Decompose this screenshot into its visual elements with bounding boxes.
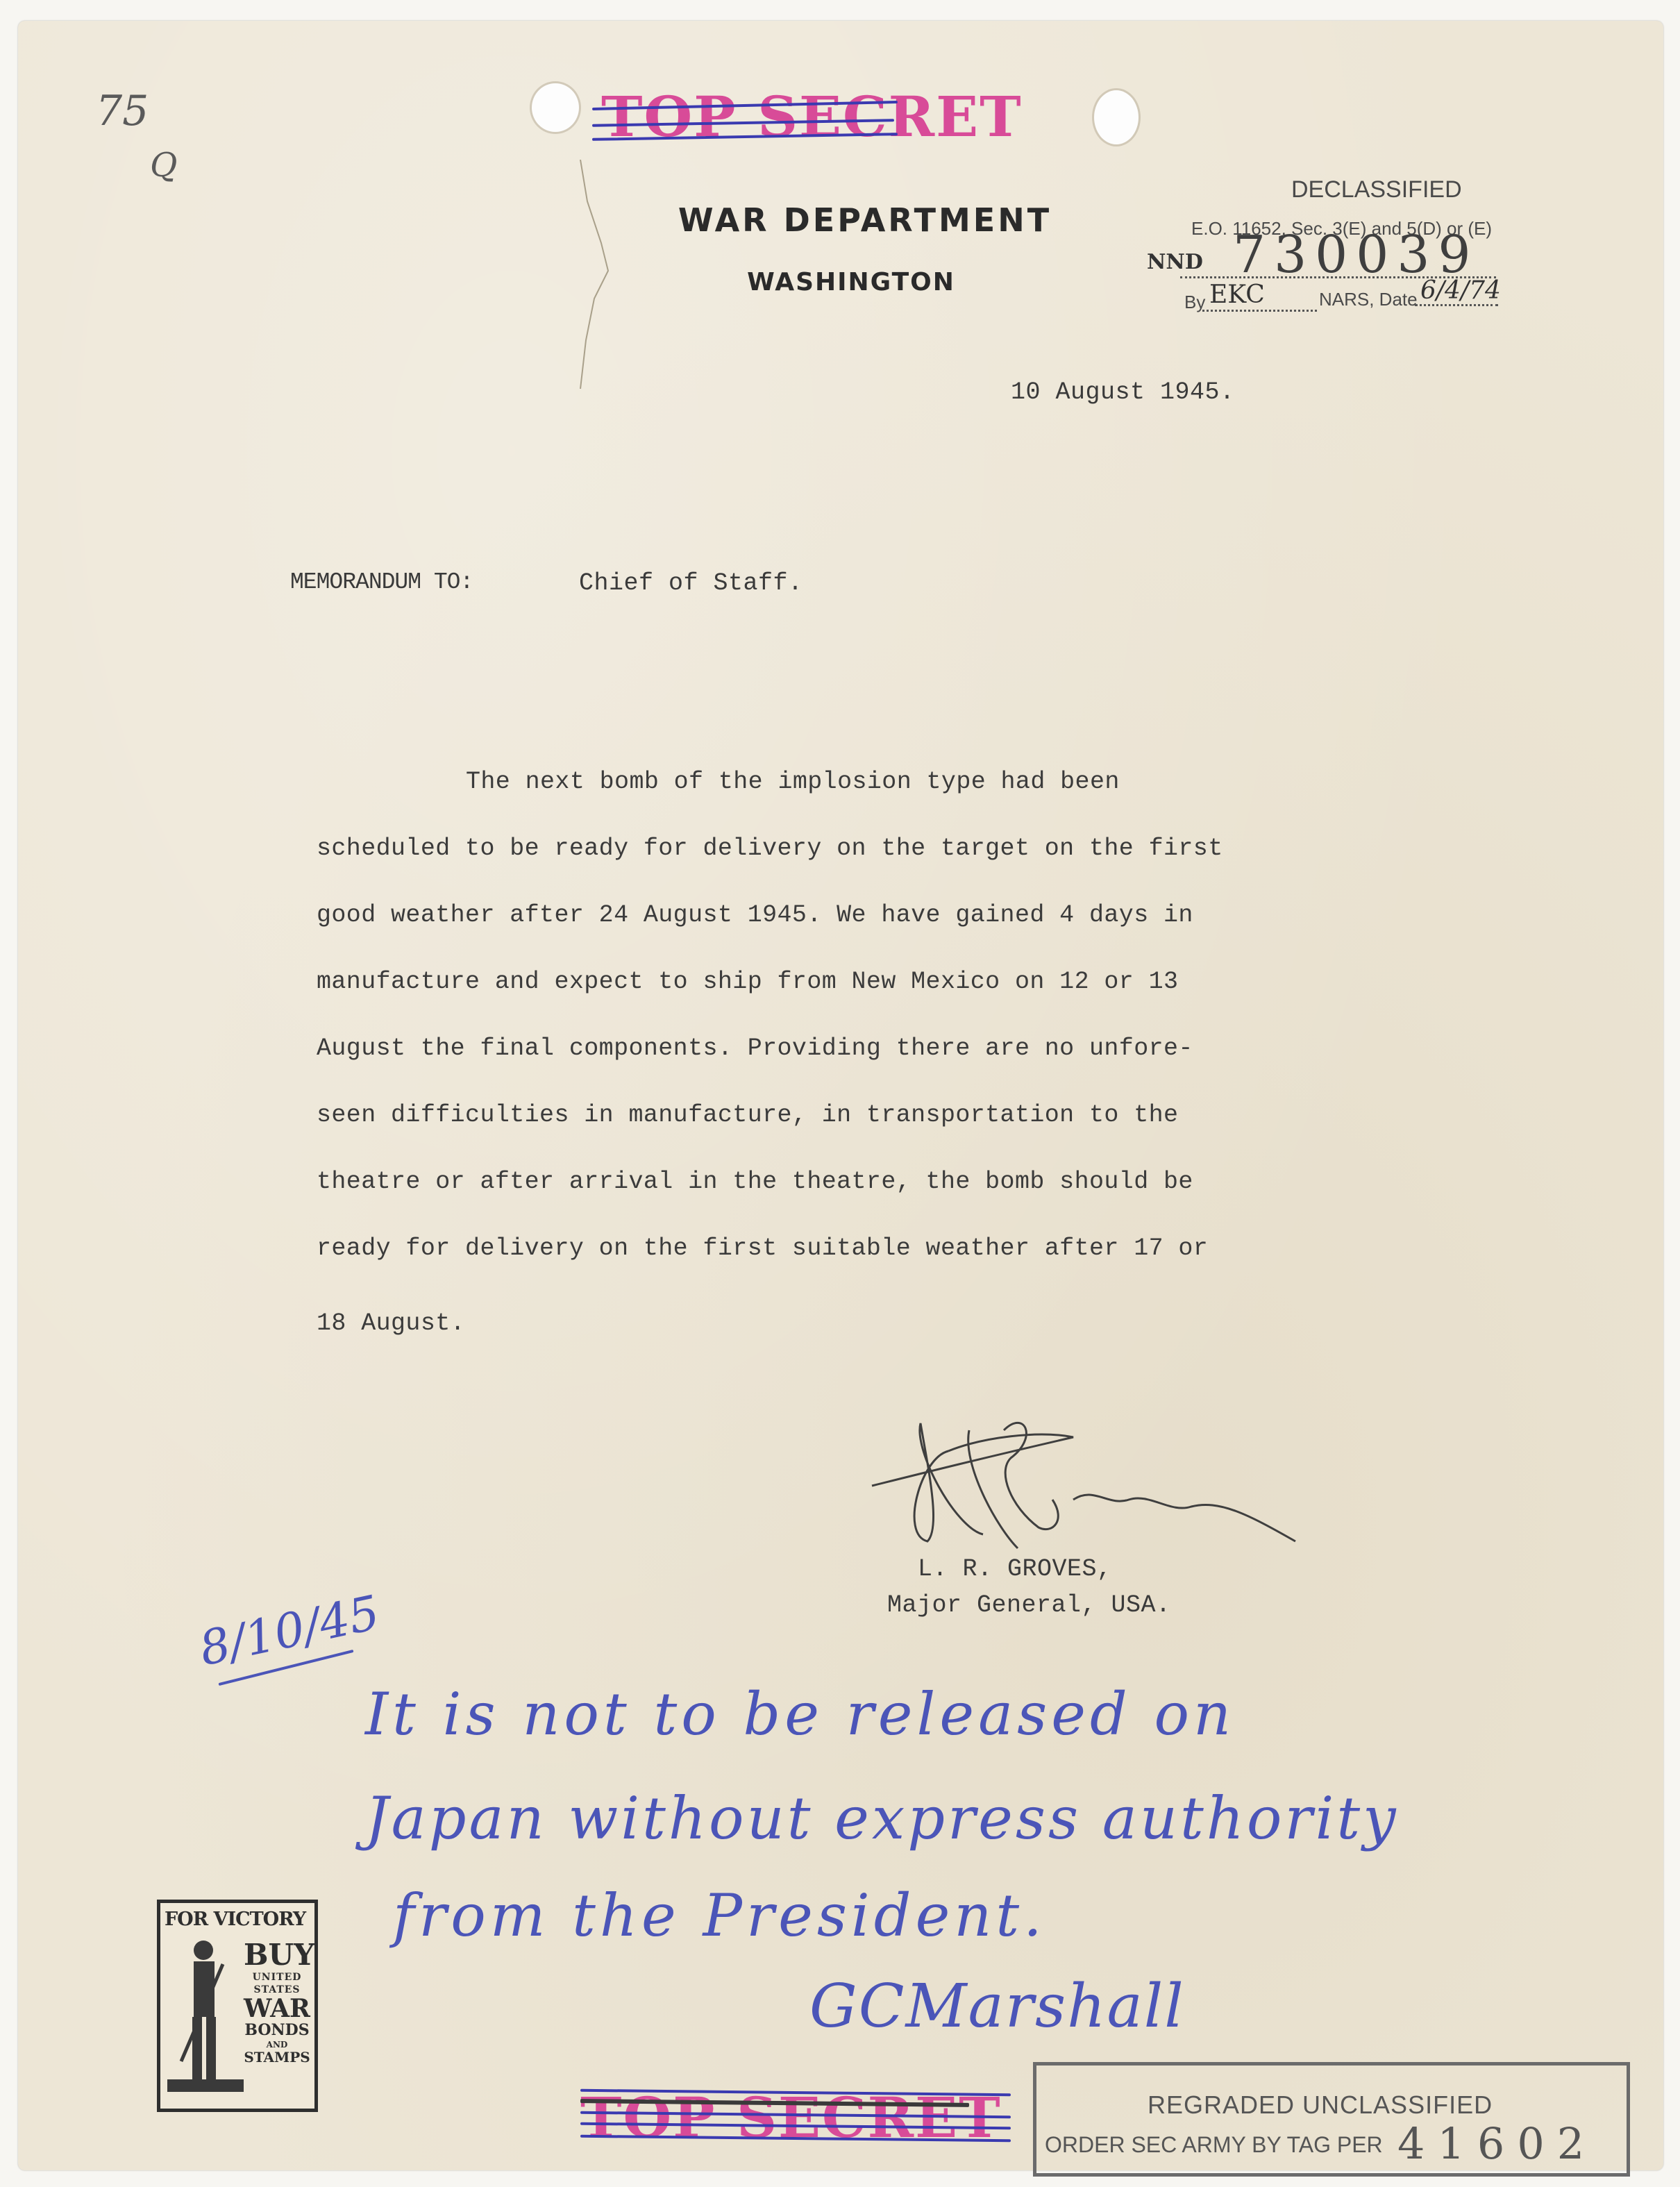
- signer-name: L. R. GROVES,: [918, 1555, 1112, 1583]
- pencil-number: 75: [96, 87, 149, 135]
- memo-date: 10 August 1945.: [1011, 378, 1235, 406]
- body-line: seen difficulties in manufacture, in tra…: [317, 1101, 1178, 1129]
- war-bond-line: UNITED: [244, 1972, 310, 1982]
- handwritten-note-line: from the President.: [393, 1882, 1046, 1950]
- regraded-unclassified-stamp: REGRADED UNCLASSIFIED ORDER SEC ARMY BY …: [1033, 2062, 1630, 2177]
- memo-to-recipient: Chief of Staff.: [579, 569, 803, 597]
- regraded-line1: REGRADED UNCLASSIFIED: [1148, 2090, 1493, 2120]
- war-bond-line: BUY: [244, 1941, 310, 1970]
- war-bond-line: BONDS: [244, 2022, 310, 2038]
- body-line: ready for delivery on the first suitable…: [317, 1234, 1208, 1262]
- war-bond-header: FOR VICTORY: [165, 1909, 305, 1930]
- letterhead-city: WASHINGTON: [678, 268, 1025, 296]
- body-line: good weather after 24 August 1945. We ha…: [317, 901, 1193, 929]
- war-bonds-stamp: FOR VICTORY BUY UNITED STATES WAR BONDS …: [157, 1900, 318, 2112]
- by-initials: EKC: [1209, 280, 1265, 309]
- paper-tear: [573, 160, 615, 389]
- war-bond-text: BUY UNITED STATES WAR BONDS AND STAMPS: [244, 1931, 310, 2064]
- nars-date-label: NARS, Date: [1319, 289, 1418, 310]
- body-line: The next bomb of the implosion type had …: [466, 768, 1120, 796]
- declassified-title: DECLASSIFIED: [1291, 176, 1462, 203]
- dotted-line: [1202, 310, 1317, 312]
- memo-page: 75 Q TOP SECRET WAR DEPARTMENT WASHINGTO…: [18, 21, 1663, 2170]
- body-line: August the final components. Providing t…: [317, 1034, 1193, 1062]
- pencil-letter: Q: [150, 146, 177, 185]
- groves-signature: [844, 1409, 1372, 1555]
- declassified-stamp: DECLASSIFIED E.O. 11652, Sec. 3(E) and 5…: [1157, 167, 1573, 319]
- nnd-prefix: NND: [1147, 250, 1203, 274]
- body-line: 18 August.: [317, 1309, 465, 1337]
- punch-hole-left: [532, 83, 579, 132]
- marshall-signature: GCMarshall: [809, 1972, 1185, 2041]
- regraded-line2-label: ORDER SEC ARMY BY TAG PER: [1045, 2132, 1383, 2158]
- regraded-tag-number: 41602: [1397, 2118, 1597, 2169]
- handwritten-note-line: Japan without express authority: [365, 1784, 1399, 1852]
- dotted-line: [1415, 304, 1498, 306]
- handwritten-note-line: It is not to be released on: [365, 1680, 1235, 1748]
- memo-to-label: MEMORANDUM TO:: [290, 569, 473, 595]
- body-line: scheduled to be ready for delivery on th…: [317, 835, 1223, 862]
- war-bond-line: STAMPS: [244, 2050, 310, 2064]
- signer-title: Major General, USA.: [887, 1591, 1171, 1619]
- war-bond-line: AND: [244, 2041, 310, 2049]
- handwritten-date: 8/10/45: [195, 1586, 385, 1677]
- war-bond-line: WAR: [244, 1996, 310, 2021]
- declassified-date: 6/4/74: [1420, 276, 1501, 305]
- body-line: theatre or after arrival in the theatre,…: [317, 1168, 1193, 1196]
- war-bond-line: STATES: [244, 1985, 310, 1995]
- punch-hole-right: [1094, 90, 1139, 144]
- letterhead-department: WAR DEPARTMENT: [629, 201, 1101, 239]
- body-line: manufacture and expect to ship from New …: [317, 968, 1178, 996]
- minuteman-icon: [167, 1929, 244, 2100]
